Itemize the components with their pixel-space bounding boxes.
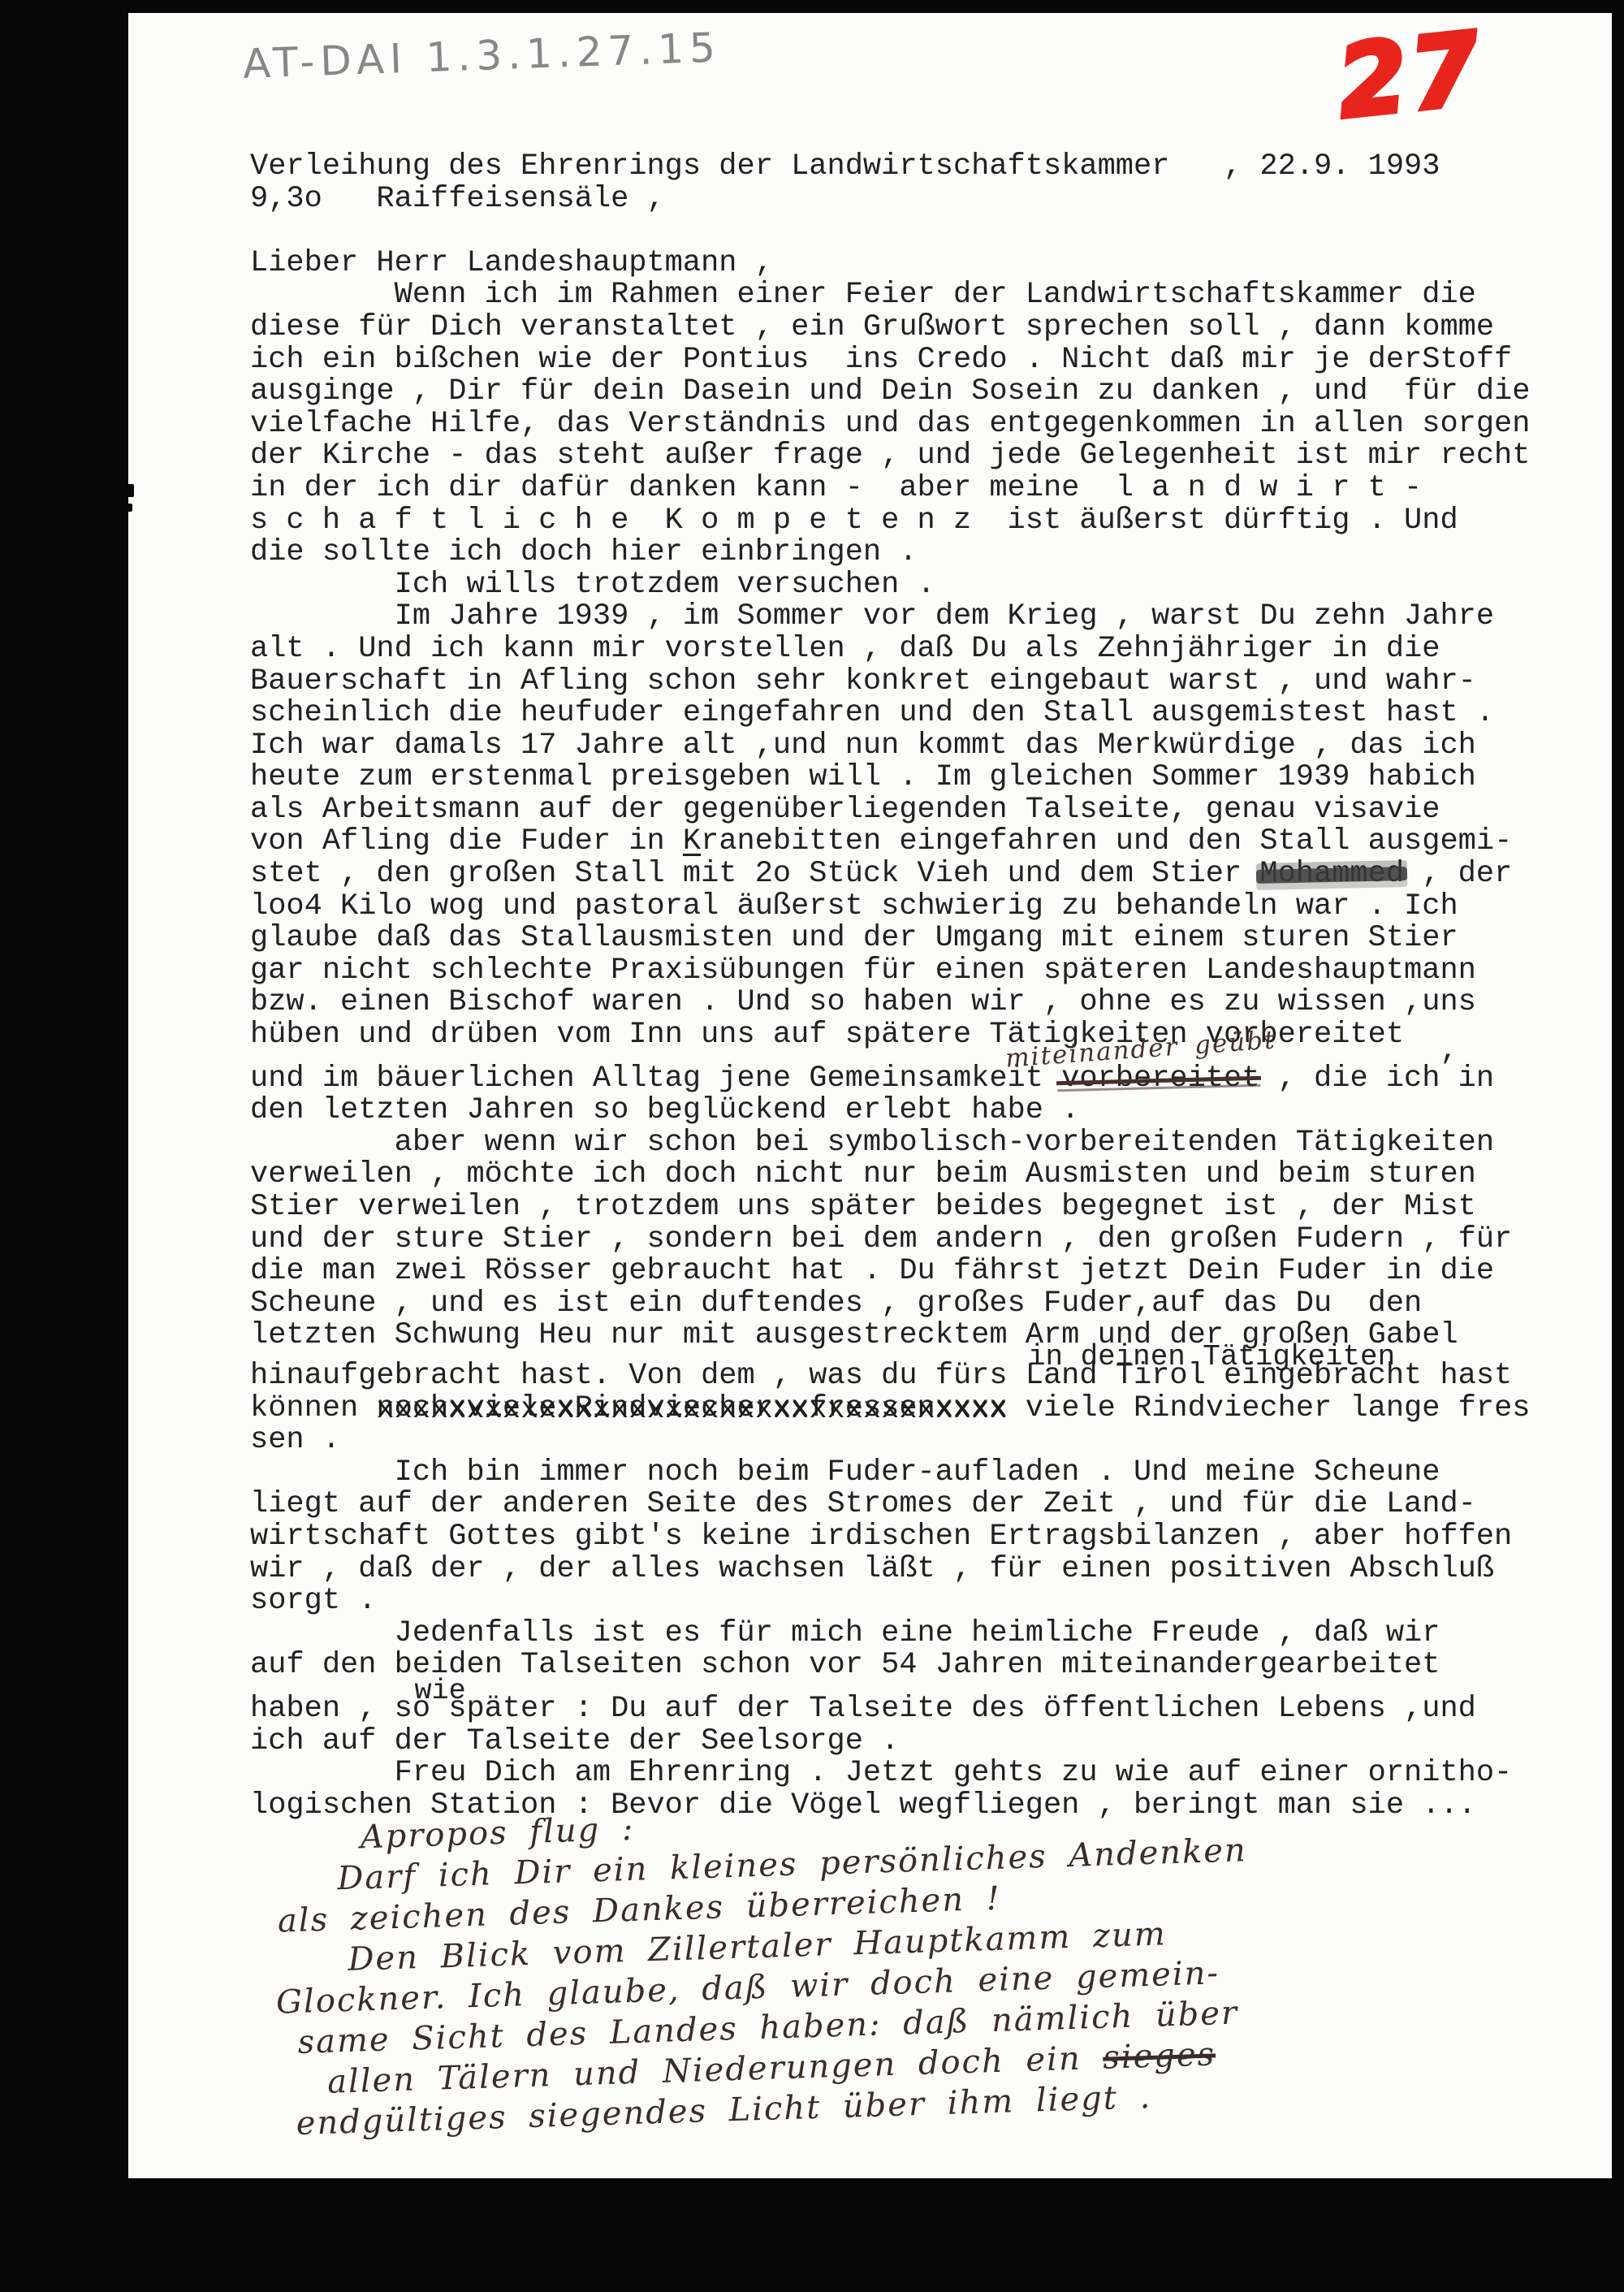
title-line-time-place: 9,3o Raiffeisensäle , xyxy=(250,184,1600,216)
text-segment: sorgt . xyxy=(250,1585,376,1618)
text-line: ich ein bißchen wie der Pontius ins Cred… xyxy=(250,344,1600,377)
page-number-red-marker: 27 xyxy=(1332,13,1488,141)
text-line: aber wenn wir schon bei symbolisch-vorbe… xyxy=(250,1127,1600,1160)
text-segment: den letzten Jahren so beglückend erlebt … xyxy=(250,1095,1079,1127)
text-line: die man zwei Rösser gebraucht hat . Du f… xyxy=(250,1256,1600,1288)
text-line: hinaufgebracht hast. Von dem , was du fü… xyxy=(250,1360,1600,1393)
text-segment: Ich bin immer noch beim Fuder-aufladen .… xyxy=(250,1457,1440,1490)
text-line: verweilen , möchte ich doch nicht nur be… xyxy=(250,1159,1600,1191)
text-segment: viele Rindviecher lange fres xyxy=(1008,1393,1531,1425)
text-line: Im Jahre 1939 , im Sommer vor dem Krieg … xyxy=(250,601,1600,634)
text-line: Ich war damals 17 Jahre alt ,und nun kom… xyxy=(250,730,1600,763)
typed-letter-content: Verleihung des Ehrenrings der Landwirtsc… xyxy=(250,151,1600,1822)
text-line: und im bäuerlichen Alltag jene Gemeinsam… xyxy=(250,1063,1600,1096)
text-segment: vielfache Hilfe, das Verständnis und das… xyxy=(250,409,1530,441)
text-segment: aber wenn wir schon bei symbolisch-vorbe… xyxy=(250,1127,1494,1160)
text-line: stet , den großen Stall mit 2o Stück Vie… xyxy=(250,858,1600,891)
text-line: heute zum erstenmal preisgeben will . Im… xyxy=(250,762,1600,794)
text-segment: Jedenfalls ist es für mich eine heimlich… xyxy=(250,1618,1440,1650)
text-segment: wir , daß der , der alles wachsen läßt ,… xyxy=(250,1554,1494,1586)
text-segment: ich ein bißchen wie der Pontius ins Cred… xyxy=(250,344,1512,377)
inkstrike-text: vorbereitetmiteinander geübt xyxy=(1061,1063,1259,1096)
text-line: Lieber Herr Landeshauptmann , xyxy=(250,248,1600,280)
scan-speck xyxy=(128,504,132,512)
text-line: scheinlich die heufuder eingefahren und … xyxy=(250,698,1600,730)
ins-wie-text: wie xyxy=(414,1676,465,1708)
text-segment: in der ich dir dafür danken kann - aber … xyxy=(250,473,1422,505)
text-line: wir , daß der , der alles wachsen läßt ,… xyxy=(250,1554,1600,1586)
text-line: Stier verweilen , trotzdem uns später be… xyxy=(250,1191,1600,1224)
text-segment: Scheune , und es ist ein duftendes , gro… xyxy=(250,1288,1422,1321)
text-segment: Im Jahre 1939 , im Sommer vor dem Krieg … xyxy=(250,601,1494,634)
text-segment: heute zum erstenmal preisgeben will . Im… xyxy=(250,762,1476,794)
scan-speck xyxy=(128,484,134,497)
text-segment: Stier verweilen , trotzdem uns später be… xyxy=(250,1191,1476,1224)
hw-strike-text: sieges xyxy=(1102,2034,1216,2078)
text-segment: die man zwei Rösser gebraucht hat . Du f… xyxy=(250,1256,1494,1288)
text-line: sen . xyxy=(250,1425,1600,1457)
text-segment: Bauerschaft in Afling schon sehr konkret… xyxy=(250,666,1476,698)
text-segment: und im bäuerlichen Alltag jene Gemeinsam… xyxy=(250,1063,1061,1096)
text-segment: bzw. einen Bischof waren . Und so haben … xyxy=(250,987,1476,1019)
text-line: die sollte ich doch hier einbringen . xyxy=(250,537,1600,569)
text-line: den letzten Jahren so beglückend erlebt … xyxy=(250,1095,1600,1127)
text-line: diese für Dich veranstaltet , ein Grußwo… xyxy=(250,312,1600,344)
text-segment: ich auf der Talseite der Seelsorge . xyxy=(250,1726,899,1758)
text-segment: loo4 Kilo wog und pastoral äußerst schwi… xyxy=(250,891,1458,923)
text-segment: und der sture Stier , sondern bei dem an… xyxy=(250,1224,1512,1256)
text-line: in der ich dir dafür danken kann - aber … xyxy=(250,473,1600,505)
text-segment: wirtschaft Gottes gibt's keine irdischen… xyxy=(250,1521,1512,1554)
text-segment: , der xyxy=(1404,858,1512,891)
text-line: letzten Schwung Heu nur mit ausgestreckt… xyxy=(250,1320,1600,1352)
text-line: glaube daß das Stallausmisten und der Um… xyxy=(250,923,1600,955)
text-segment: Wenn ich im Rahmen einer Feier der Landw… xyxy=(250,279,1476,312)
text-line: Bauerschaft in Afling schon sehr konkret… xyxy=(250,666,1600,698)
text-line: haben , so später : Du auf der Talseite … xyxy=(250,1693,1600,1726)
text-segment: s c h a f t l i c h e K o m p e t e n z … xyxy=(250,505,1458,538)
xover-text: nochxvielexRindviecherxxfressenxxxxxxxxx… xyxy=(376,1393,1007,1425)
text-line: Scheune , und es ist ein duftendes , gro… xyxy=(250,1288,1600,1321)
handwritten-postscript: Apropos flug :Darf ich Dir ein kleines p… xyxy=(266,1778,1608,2144)
text-line: können nochxvielexRindviecherxxfressenxx… xyxy=(250,1393,1600,1425)
text-segment: diese für Dich veranstaltet , ein Grußwo… xyxy=(250,312,1494,344)
text-segment: Ich war damals 17 Jahre alt ,und nun kom… xyxy=(250,730,1476,763)
text-segment: können xyxy=(250,1393,376,1425)
text-line: hüben und drüben vom Inn uns auf spätere… xyxy=(250,1019,1600,1052)
text-line: alt . Und ich kann mir vorstellen , daß … xyxy=(250,634,1600,666)
text-segment: verweilen , möchte ich doch nicht nur be… xyxy=(250,1159,1476,1191)
text-segment: liegt auf der anderen Seite des Stromes … xyxy=(250,1489,1476,1521)
text-line: ausginge , Dir für dein Dasein und Dein … xyxy=(250,376,1600,409)
text-line: Ich bin immer noch beim Fuder-aufladen .… xyxy=(250,1457,1600,1490)
text-segment: Lieber Herr Landeshauptmann , xyxy=(250,248,773,280)
text-segment: als Arbeitsmann auf der gegenüberliegend… xyxy=(250,794,1440,827)
text-line: Wenn ich im Rahmen einer Feier der Landw… xyxy=(250,279,1600,312)
text-segment: , die ich in xyxy=(1259,1063,1494,1096)
letter-body: Lieber Herr Landeshauptmann , Wenn ich i… xyxy=(250,248,1600,1823)
text-line: von Afling die Fuder in Kranebitten eing… xyxy=(250,826,1600,858)
text-line: ich auf der Talseite der Seelsorge . xyxy=(250,1726,1600,1758)
ul-text: K xyxy=(683,826,701,858)
text-line: loo4 Kilo wog und pastoral äußerst schwi… xyxy=(250,891,1600,923)
text-line: sorgt . xyxy=(250,1585,1600,1618)
text-segment: die sollte ich doch hier einbringen . xyxy=(250,537,918,569)
text-segment: ranebitten eingefahren und den Stall aus… xyxy=(701,826,1512,858)
ins-tirol-text: in deinen Tätigkeiten xyxy=(1028,1341,1395,1373)
overtyped-x-mask: xxxxxxxxxxxxxxxxxxxxxxxxxxxxxxxxxxx xyxy=(376,1395,1007,1427)
text-segment: ausginge , Dir für dein Dasein und Dein … xyxy=(250,376,1530,409)
text-line: Ich wills trotzdem versuchen . xyxy=(250,569,1600,602)
text-segment: stet , den großen Stall mit 2o Stück Vie… xyxy=(250,858,1259,891)
text-segment: alt . Und ich kann mir vorstellen , daß … xyxy=(250,634,1440,666)
text-line: gar nicht schlechte Praxisübungen für ei… xyxy=(250,955,1600,988)
text-line: wirtschaft Gottes gibt's keine irdischen… xyxy=(250,1521,1600,1554)
text-segment: sen . xyxy=(250,1425,340,1457)
text-segment: Freu Dich am Ehrenring . Jetzt gehts zu … xyxy=(250,1758,1512,1790)
text-line: s c h a f t l i c h e K o m p e t e n z … xyxy=(250,505,1600,538)
archival-reference-handwritten: AT-DAI 1.3.1.27.15 xyxy=(242,24,722,88)
text-line: Jedenfalls ist es für mich eine heimlich… xyxy=(250,1618,1600,1650)
blank-line xyxy=(250,215,1600,248)
scanned-letter-page: AT-DAI 1.3.1.27.15 27 Verleihung des Ehr… xyxy=(128,13,1612,2178)
text-line: und der sture Stier , sondern bei dem an… xyxy=(250,1224,1600,1256)
text-segment: glaube daß das Stallausmisten und der Um… xyxy=(250,923,1458,955)
scribble-text: Mohammed xyxy=(1259,858,1404,891)
text-line: der Kirche - das steht außer frage , und… xyxy=(250,440,1600,473)
text-line: liegt auf der anderen Seite des Stromes … xyxy=(250,1489,1600,1521)
text-segment: von Afling die Fuder in xyxy=(250,826,683,858)
text-segment: scheinlich die heufuder eingefahren und … xyxy=(250,698,1494,730)
title-line-event: Verleihung des Ehrenrings der Landwirtsc… xyxy=(250,151,1600,184)
text-line: bzw. einen Bischof waren . Und so haben … xyxy=(250,987,1600,1019)
text-segment: gar nicht schlechte Praxisübungen für ei… xyxy=(250,955,1476,988)
text-line: vielfache Hilfe, das Verständnis und das… xyxy=(250,409,1600,441)
text-segment: Ich wills trotzdem versuchen . xyxy=(250,569,935,602)
text-line: als Arbeitsmann auf der gegenüberliegend… xyxy=(250,794,1600,827)
text-segment: der Kirche - das steht außer frage , und… xyxy=(250,440,1530,473)
